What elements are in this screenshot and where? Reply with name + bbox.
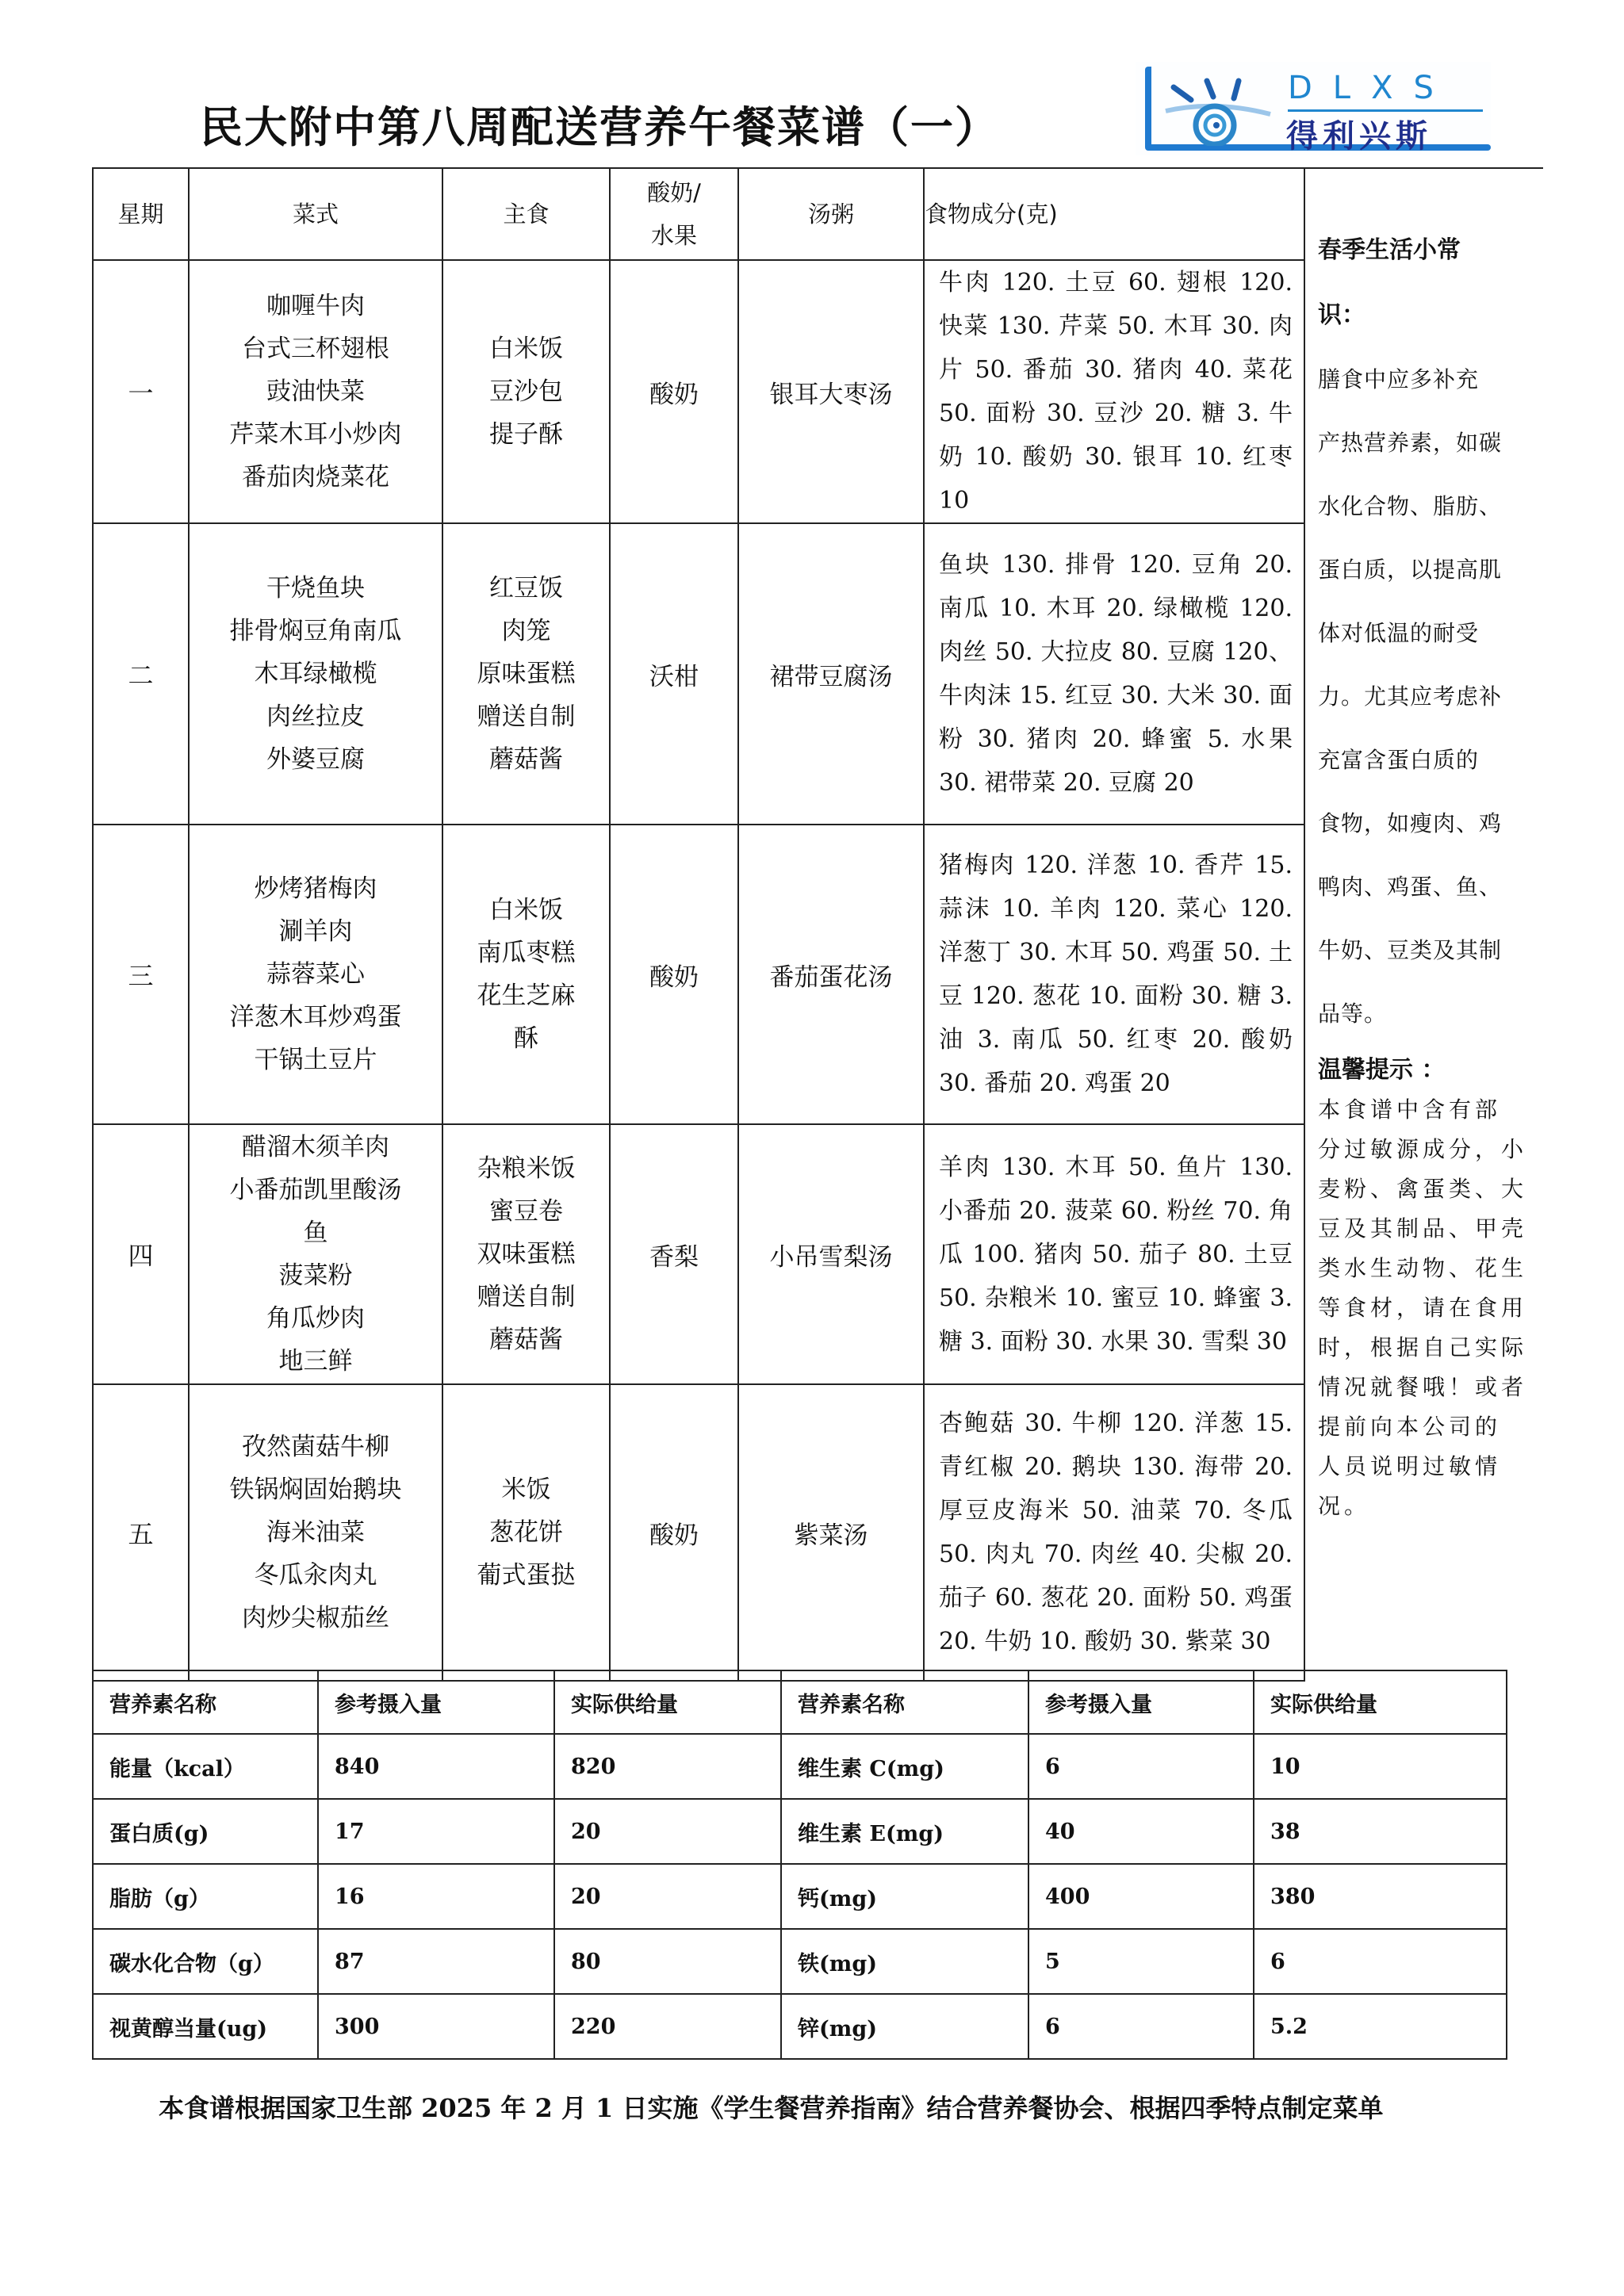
- dishes-cell: 干烧鱼块 排骨焖豆角南瓜 木耳绿橄榄 肉丝拉皮 外婆豆腐: [189, 523, 442, 825]
- yogurt-fruit-cell: 沃柑: [610, 523, 738, 825]
- logo-chinese: 得利兴斯: [1286, 111, 1432, 156]
- dishes-cell: 炒烤猪梅肉 涮羊肉 蒜蓉菜心 洋葱木耳炒鸡蛋 干锅土豆片: [189, 825, 442, 1124]
- nutrition-row: 脂肪（g） 16 20 钙(mg) 400 380: [93, 1864, 1507, 1929]
- weekday-cell: 二: [93, 523, 189, 825]
- nutrition-row: 碳水化合物（g） 87 80 铁(mg) 5 6: [93, 1929, 1507, 1994]
- nutrition-header-row: 营养素名称 参考摄入量 实际供给量 营养素名称 参考摄入量 实际供给量: [93, 1670, 1507, 1734]
- actual-value: 6: [1254, 1929, 1507, 1994]
- col-header-soup: 汤粥: [738, 168, 924, 260]
- col-header-actual: 实际供给量: [554, 1670, 781, 1734]
- reference-value: 87: [318, 1929, 554, 1994]
- reference-value: 17: [318, 1799, 554, 1864]
- weekday-cell: 五: [93, 1384, 189, 1681]
- actual-value: 20: [554, 1799, 781, 1864]
- yogurt-fruit-cell: 酸奶: [610, 825, 738, 1124]
- nutrient-name: 维生素 C(mg): [781, 1734, 1028, 1799]
- reference-value: 6: [1028, 1994, 1254, 2059]
- soup-cell: 小吊雪梨汤: [738, 1124, 924, 1384]
- actual-value: 80: [554, 1929, 781, 1994]
- soup-cell: 银耳大枣汤: [738, 260, 924, 523]
- col-header-weekday: 星期: [93, 168, 189, 260]
- nutrient-name: 视黄醇当量(ug): [93, 1994, 318, 2059]
- staple-cell: 白米饭 南瓜枣糕 花生芝麻 酥: [442, 825, 610, 1124]
- dishes-cell: 孜然菌菇牛柳 铁锅焖固始鹅块 海米油菜 冬瓜汆肉丸 肉炒尖椒茄丝: [189, 1384, 442, 1681]
- tips-title: 春季生活小常 识：: [1318, 218, 1537, 348]
- actual-value: 5.2: [1254, 1994, 1507, 2059]
- sidebar-tips: 春季生活小常 识： 膳食中应多补充 产热营养素，如碳 水化合物、脂肪、 蛋白质，…: [1304, 168, 1543, 1681]
- reference-value: 300: [318, 1994, 554, 2059]
- actual-value: 820: [554, 1734, 781, 1799]
- menu-header-row: 星期 菜式 主食 酸奶/ 水果 汤粥 食物成分(克) 春季生活小常 识： 膳食中…: [93, 168, 1543, 260]
- reference-value: 6: [1028, 1734, 1254, 1799]
- soup-cell: 紫菜汤: [738, 1384, 924, 1681]
- dishes-cell: 咖喱牛肉 台式三杯翅根 豉油快菜 芹菜木耳小炒肉 番茄肉烧菜花: [189, 260, 442, 523]
- ingredients-cell: 猪梅肉 120. 洋葱 10. 香芹 15. 蒜沫 10. 羊肉 120. 菜心…: [924, 825, 1304, 1124]
- actual-value: 380: [1254, 1864, 1507, 1929]
- col-header-yogurt-fruit: 酸奶/ 水果: [610, 168, 738, 260]
- col-header-actual: 实际供给量: [1254, 1670, 1507, 1734]
- soup-cell: 裙带豆腐汤: [738, 523, 924, 825]
- nutrient-name: 蛋白质(g): [93, 1799, 318, 1864]
- ingredients-cell: 杏鲍菇 30. 牛柳 120. 洋葱 15. 青红椒 20. 鹅块 130. 海…: [924, 1384, 1304, 1681]
- weekday-cell: 三: [93, 825, 189, 1124]
- nutrient-name: 钙(mg): [781, 1864, 1028, 1929]
- nutrient-name: 碳水化合物（g）: [93, 1929, 318, 1994]
- eye-swirl-icon: [1159, 73, 1278, 146]
- nutrient-name: 维生素 E(mg): [781, 1799, 1028, 1864]
- yogurt-fruit-cell: 酸奶: [610, 260, 738, 523]
- col-header-ingredients: 食物成分(克): [924, 168, 1304, 260]
- staple-cell: 杂粮米饭 蜜豆卷 双味蛋糕 赠送自制 蘑菇酱: [442, 1124, 610, 1384]
- nutrient-name: 铁(mg): [781, 1929, 1028, 1994]
- weekday-cell: 四: [93, 1124, 189, 1384]
- col-header-nutrient: 营养素名称: [93, 1670, 318, 1734]
- actual-value: 10: [1254, 1734, 1507, 1799]
- company-logo: DLXS 得利兴斯: [1136, 62, 1491, 155]
- actual-value: 220: [554, 1994, 781, 2059]
- reference-value: 40: [1028, 1799, 1254, 1864]
- actual-value: 38: [1254, 1799, 1507, 1864]
- nutrient-name: 锌(mg): [781, 1994, 1028, 2059]
- nutrition-row: 能量（kcal） 840 820 维生素 C(mg) 6 10: [93, 1734, 1507, 1799]
- notice-body: 本食谱中含有部 分过敏源成分，小 麦粉、禽蛋类、大 豆及其制品、甲壳 类水生动物…: [1318, 1090, 1537, 1526]
- soup-cell: 番茄蛋花汤: [738, 825, 924, 1124]
- notice-title: 温馨提示 ：: [1318, 1050, 1537, 1090]
- reference-value: 5: [1028, 1929, 1254, 1994]
- nutrition-row: 蛋白质(g) 17 20 维生素 E(mg) 40 38: [93, 1799, 1507, 1864]
- col-header-staple: 主食: [442, 168, 610, 260]
- staple-cell: 红豆饭 肉笼 原味蛋糕 赠送自制 蘑菇酱: [442, 523, 610, 825]
- ingredients-cell: 牛肉 120. 土豆 60. 翅根 120. 快菜 130. 芹菜 50. 木耳…: [924, 260, 1304, 523]
- nutrition-row: 视黄醇当量(ug) 300 220 锌(mg) 6 5.2: [93, 1994, 1507, 2059]
- reference-value: 16: [318, 1864, 554, 1929]
- staple-cell: 白米饭 豆沙包 提子酥: [442, 260, 610, 523]
- logo-english: DLXS: [1288, 70, 1454, 106]
- actual-value: 20: [554, 1864, 781, 1929]
- ingredients-cell: 羊肉 130. 木耳 50. 鱼片 130. 小番茄 20. 菠菜 60. 粉丝…: [924, 1124, 1304, 1384]
- nutrient-name: 脂肪（g）: [93, 1864, 318, 1929]
- logo-frame: [1145, 67, 1151, 149]
- col-header-reference: 参考摄入量: [318, 1670, 554, 1734]
- col-header-reference: 参考摄入量: [1028, 1670, 1254, 1734]
- reference-value: 400: [1028, 1864, 1254, 1929]
- page-title: 民大附中第八周配送营养午餐菜谱（一）: [200, 94, 999, 155]
- staple-cell: 米饭 葱花饼 葡式蛋挞: [442, 1384, 610, 1681]
- reference-value: 840: [318, 1734, 554, 1799]
- yogurt-fruit-cell: 酸奶: [610, 1384, 738, 1681]
- nutrient-name: 能量（kcal）: [93, 1734, 318, 1799]
- nutrition-table: 营养素名称 参考摄入量 实际供给量 营养素名称 参考摄入量 实际供给量 能量（k…: [92, 1670, 1507, 2060]
- col-header-dishes: 菜式: [189, 168, 442, 260]
- dishes-cell: 醋溜木须羊肉 小番茄凯里酸汤 鱼 菠菜粉 角瓜炒肉 地三鲜: [189, 1124, 442, 1384]
- weekly-menu-table: 星期 菜式 主食 酸奶/ 水果 汤粥 食物成分(克) 春季生活小常 识： 膳食中…: [92, 167, 1543, 1682]
- weekday-cell: 一: [93, 260, 189, 523]
- col-header-nutrient: 营养素名称: [781, 1670, 1028, 1734]
- ingredients-cell: 鱼块 130. 排骨 120. 豆角 20. 南瓜 10. 木耳 20. 绿橄榄…: [924, 523, 1304, 825]
- footer-note: 本食谱根据国家卫生部 2025 年 2 月 1 日实施《学生餐营养指南》结合营养…: [159, 2088, 1507, 2125]
- tips-body: 膳食中应多补充 产热营养素，如碳 水化合物、脂肪、 蛋白质，以提高肌 体对低温的…: [1318, 348, 1537, 1046]
- yogurt-fruit-cell: 香梨: [610, 1124, 738, 1384]
